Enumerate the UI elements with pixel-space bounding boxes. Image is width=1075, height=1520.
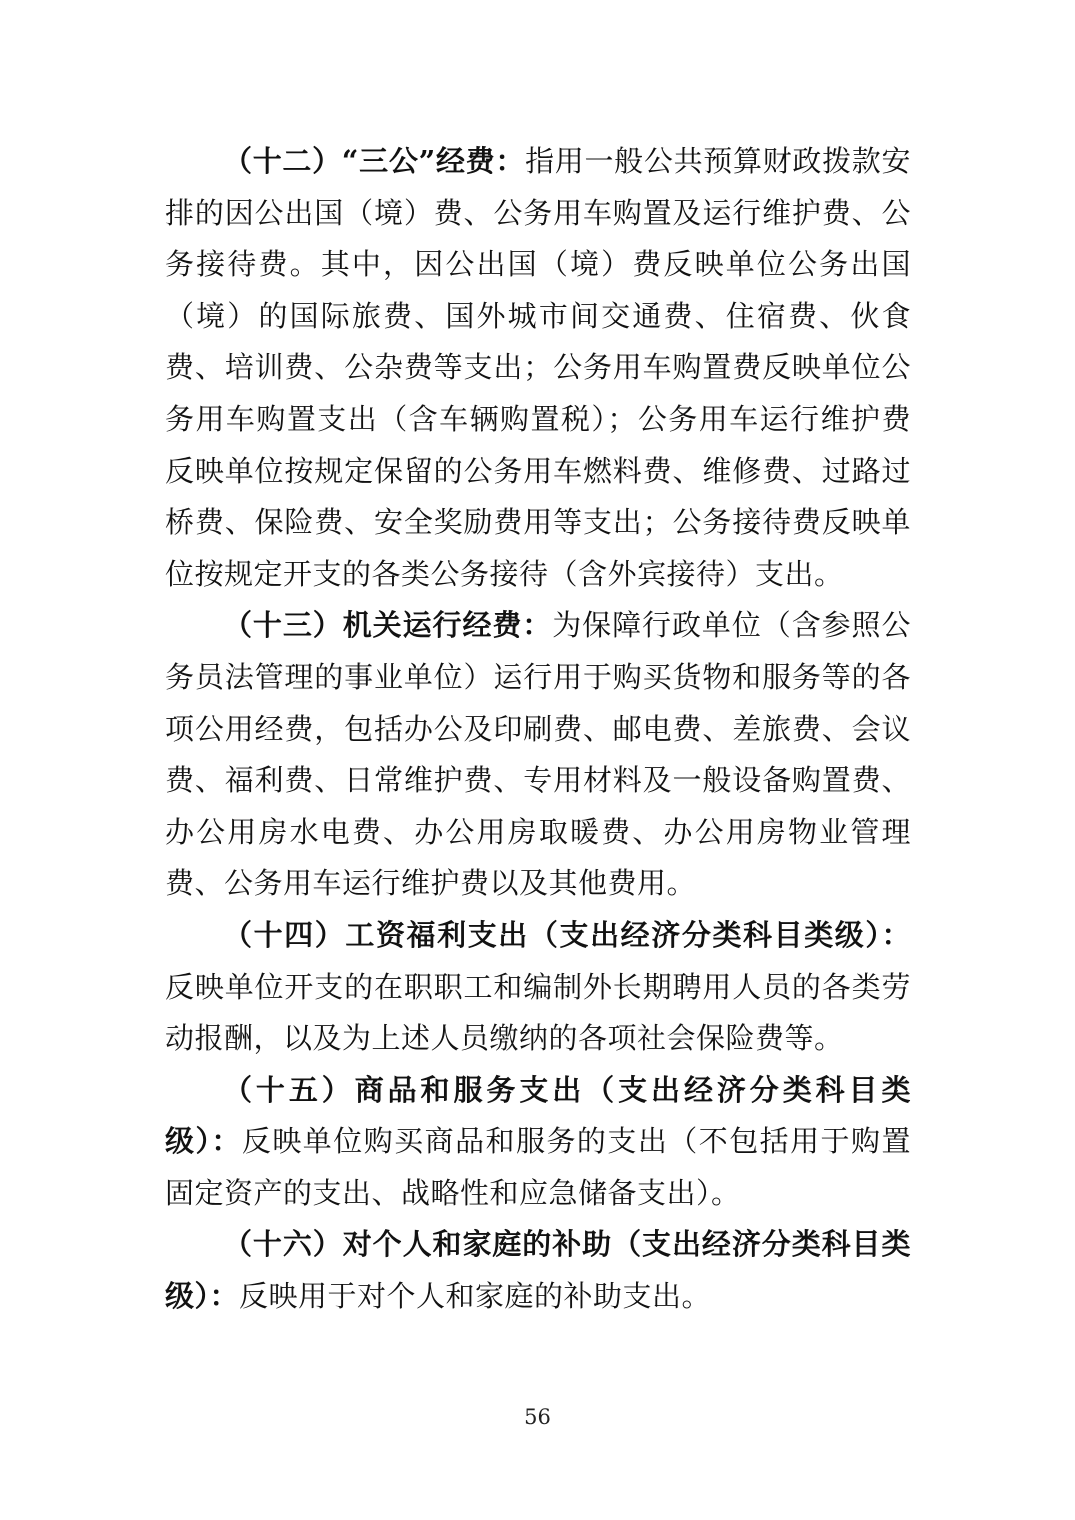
term-16-definition: 反映用于对个人和家庭的补助支出。 <box>239 1279 711 1313</box>
term-13-label: （十三）机关运行经费： <box>223 608 552 642</box>
term-15-definition: 反映单位购买商品和服务的支出（不包括用于购置固定资产的支出、战略性和应急储备支出… <box>165 1124 911 1210</box>
page-number: 56 <box>0 1403 1075 1431</box>
document-page: （十二）“三公”经费：指用一般公共预算财政拨款安排的因公出国（境）费、公务用车购… <box>0 0 1075 1520</box>
paragraph-term-14: （十四）工资福利支出（支出经济分类科目类级）：反映单位开支的在职职工和编制外长期… <box>165 910 911 1065</box>
paragraph-term-16: （十六）对个人和家庭的补助（支出经济分类科目类级）：反映用于对个人和家庭的补助支… <box>165 1219 911 1322</box>
term-12-label: （十二）“三公”经费： <box>223 144 525 178</box>
term-12-definition: 指用一般公共预算财政拨款安排的因公出国（境）费、公务用车购置及运行维护费、公务接… <box>165 144 911 591</box>
term-13-definition: 为保障行政单位（含参照公务员法管理的事业单位）运行用于购买货物和服务等的各项公用… <box>165 608 911 900</box>
term-14-definition: 反映单位开支的在职职工和编制外长期聘用人员的各类劳动报酬，以及为上述人员缴纳的各… <box>165 970 911 1056</box>
term-14-label: （十四）工资福利支出（支出经济分类科目类级）： <box>223 918 911 952</box>
paragraph-term-15: （十五）商品和服务支出（支出经济分类科目类级）：反映单位购买商品和服务的支出（不… <box>165 1065 911 1220</box>
paragraph-term-12: （十二）“三公”经费：指用一般公共预算财政拨款安排的因公出国（境）费、公务用车购… <box>165 136 911 600</box>
paragraph-term-13: （十三）机关运行经费：为保障行政单位（含参照公务员法管理的事业单位）运行用于购买… <box>165 600 911 910</box>
document-body: （十二）“三公”经费：指用一般公共预算财政拨款安排的因公出国（境）费、公务用车购… <box>165 136 911 1323</box>
